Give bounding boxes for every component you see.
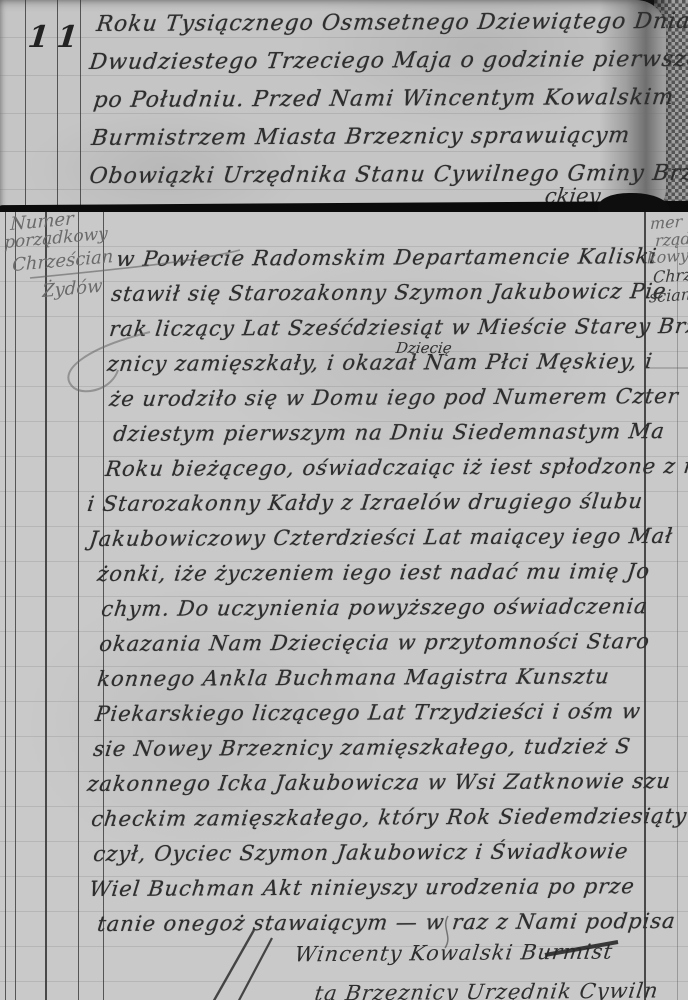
manuscript-line: okazania Nam Dziecięcia w przytomności S… xyxy=(98,629,651,656)
manuscript-line: stawił się Starozakonny Szymon Jakubowic… xyxy=(110,279,668,306)
signature-line: ta Brzeznicy Urzędnik Cywiln xyxy=(313,979,660,1000)
manuscript-line: Chrze xyxy=(653,264,688,286)
manuscript-line: Dwudziestego Trzeciego Maja o godzinie p… xyxy=(88,47,688,75)
manuscript-line: znicy zamięszkały, i okazał Nam Płci Męs… xyxy=(106,349,654,376)
manuscript-line: że urodziło się w Domu iego pod Numerem … xyxy=(108,384,680,411)
manuscript-line: Jakubowiczowy Czterdzieści Lat maiącey i… xyxy=(88,524,674,551)
manuscript-line: zakonnego Icka Jakubowicza w Wsi Zatknow… xyxy=(86,769,672,796)
manuscript-line: sie Nowey Brzeznicy zamięszkałego, tudzi… xyxy=(92,734,632,761)
manuscript-line: rak liczący Lat Sześćdziesiąt w Mieście … xyxy=(108,314,688,341)
manuscript-line: Wiel Buchman Akt ninieyszy urodzenia po … xyxy=(88,874,636,901)
manuscript-line: żonki, iże życzeniem iego iest nadać mu … xyxy=(96,559,652,586)
manuscript-line: chym. Do uczynienia powyższego oświadcze… xyxy=(100,594,649,621)
manuscript-line: Roku Tysiącznego Osmsetnego Dziewiątego … xyxy=(95,9,688,37)
margin-rule xyxy=(45,212,47,1000)
manuscript-line: czył, Oyciec Szymon Jakubowicz i Świadko… xyxy=(92,839,630,866)
manuscript-line: i Starozakonny Kałdy z Izraelów drugiego… xyxy=(86,489,645,516)
manuscript-line: Piekarskiego liczącego Lat Trzydzieści i… xyxy=(94,699,642,726)
manuscript-line: konnego Ankla Buchmana Magistra Kunsztu xyxy=(96,664,611,691)
margin-rule xyxy=(25,0,26,212)
margin-rule xyxy=(5,212,6,1000)
manuscript-line: checkim zamięszkałego, który Rok Siedemd… xyxy=(90,804,688,831)
interlinear-insertion: Dziecię xyxy=(395,339,453,357)
margin-rule xyxy=(78,212,79,1000)
margin-rule xyxy=(15,212,16,1000)
manuscript-line: Burmistrzem Miasta Brzeznicy sprawuiącym xyxy=(90,123,632,151)
manuscript-line: Roku bieżącego, oświadczaiąc iż iest spł… xyxy=(104,454,688,481)
signature-line: Wincenty Kowalski Burmist xyxy=(293,940,614,967)
scanned-register-page: 11 Roku Tysiącznego Osmsetnego Dziewiąte… xyxy=(0,0,688,1000)
manuscript-line: dziestym pierwszym na Dniu Siedemnastym … xyxy=(112,419,666,446)
manuscript-line: w Powiecie Radomskim Departamencie Kalis… xyxy=(115,244,659,271)
manuscript-line: tanie onegoż stawaiącym — w raz z Nami p… xyxy=(96,909,677,936)
margin-rule xyxy=(677,237,678,1000)
upper-page-fragment: 11 Roku Tysiącznego Osmsetnego Dziewiąte… xyxy=(0,0,666,212)
manuscript-line: ścian xyxy=(649,284,688,306)
manuscript-line: po Południu. Przed Nami Wincentym Kowals… xyxy=(92,85,675,113)
manuscript-line: kowy xyxy=(647,245,688,267)
entry-number: 11 xyxy=(26,20,87,55)
